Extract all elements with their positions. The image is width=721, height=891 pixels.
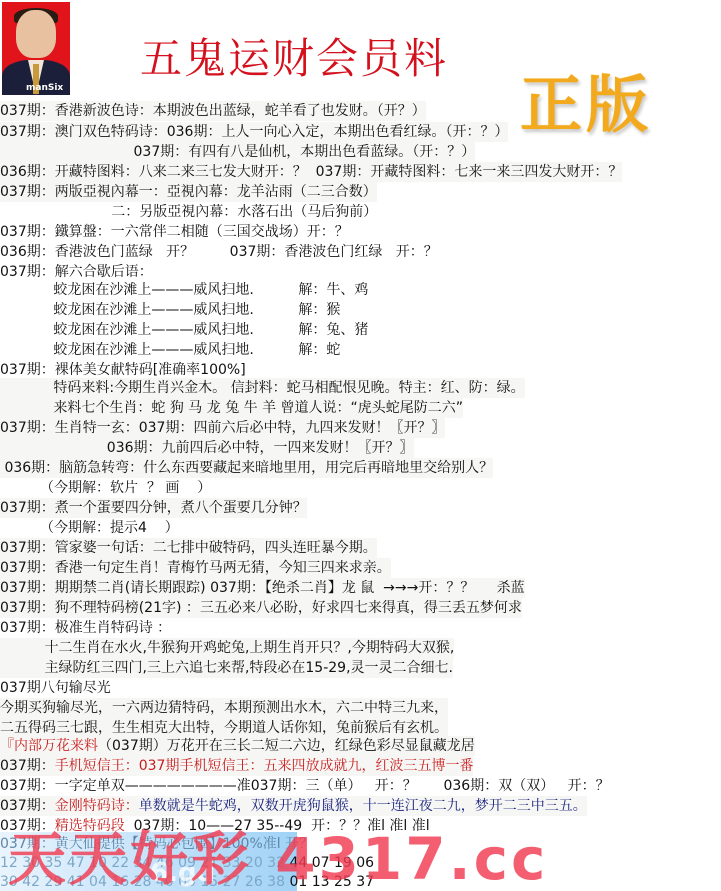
content-line: 蛟龙困在沙滩上———威风扫地. 解：兔、猪 [0,320,368,340]
content-line: （今期解：软片 ？ 画 ） [0,478,211,498]
avatar-photo: manSix [2,2,70,95]
content-line: 来料七个生肖：蛇 狗 马 龙 兔 牛 羊 曾道人说：“虎头蛇尾防二六” [0,398,463,418]
content-line: 036期：开藏特图料：八来二来三七发大财开：？ 037期：开藏特图料：七来一来三… [0,162,622,182]
content-line: 二五得码三七跟，生生相克大出特，今期道人话你知，兔前猴后有玄机。 [0,718,448,738]
sms-line: 037期：手机短信王：037期手机短信王：五来四放成就九，红波三五博一番 [0,756,473,776]
content-line: 037期：解六合歇后语： [0,262,153,282]
content-line: 037期：香港新波色诗：本期波色出蓝绿，蛇羊看了也发财。（开？） [0,101,426,121]
content-line: 蛟龙困在沙滩上———威风扫地. 解：蛇 [0,340,340,360]
content-line: 037期：狗不理特码榜(21字) ：三五必来八必盼，好求四七来得真，得三丢五梦何… [0,598,522,618]
content-line: 037期：煮一个蛋要四分钟，煮八个蛋要几分钟？ [0,498,307,518]
content-line: 主绿防红三四门,三上六追七来帮,特段必在15-29,灵一灵二合细七. [0,658,453,678]
content-line: 037期：两版亞視內幕一：亞視內幕：龙羊沾雨（二三合数） [0,182,377,202]
content-line: 037期：期期禁二肖(请长期跟踪) 037期：【绝杀二肖】龙 鼠 →→→开：？？… [0,578,525,598]
page-title: 五鬼运财会员料 [140,26,448,86]
insider-line: 『内部万花来料（037期）万花开在三长二短二六边，红绿色彩尽显鼠藏龙居 [0,736,475,756]
content-line: 036期：脑筋急转弯：什么东西要藏起来暗地里用，用完后再暗地里交给别人？ [0,458,493,478]
content-line: 蛟龙困在沙滩上———威风扫地. 解：猴 [0,300,340,320]
content-line: 蛟龙困在沙滩上———威风扫地. 解：牛、鸡 [0,280,368,300]
content-line: 037期：有四有八是仙机，本期出色看蓝绿。（开：？） [0,142,475,162]
content-line: 今期买狗输尽光，一六两边猜特码，本期预测出水木，六二中特三九来， [0,698,448,718]
content-line: 037期八句输尽光 [0,678,111,698]
photo-caption: manSix [26,83,63,93]
watermark: 天天好彩 4317.cc [8,812,548,891]
content-line: 036期：香港波色门蓝绿 开？ 037期：香港波色门红绿 开：？ [0,242,438,262]
content-line: （今期解：提示4 ） [0,518,179,538]
content-line: 037期：生肖特一玄：037期：四前六后必中特，九四来发财！〖开？〗 [0,418,445,438]
content-line: 037期：裸体美女献特码[准确率100%] [0,360,246,380]
content-line: 特码来料:今期生肖兴金木。 信封料：蛇马相配恨见晚。特主：红、防：绿。 [0,378,525,398]
genuine-badge: 正版 [520,55,652,144]
content-line: 036期：九前四后必中特，一四来发财！〖开？〗 [0,438,414,458]
content-line: 十二生肖在水火,牛猴狗开鸡蛇兔,上期生肖开只？,今期特码大双猴, [0,638,454,658]
content-line: 二：另版亞視內幕：水落石出（马后狗前） [0,202,377,222]
content-line: 037期：管家婆一句话：二七排中破特码，四头连旺暴今期。 [0,538,377,558]
content-line: 037期：香港一句定生肖！青梅竹马两无猜，今知三四来求亲。 [0,558,391,578]
content-line: 037期：极准生肖特码诗 ： [0,618,171,638]
single-double-line: 037期：一字定单双————————准037期：三（单） 开：？ 036期：双（… [0,776,610,796]
content-line: 037期：鐵算盤：一六常伴二相随（三国交战场）开：？ [0,222,349,242]
content-line: 037期：澳门双色特码诗：036期：上人一向心入定，本期出色看红绿。（开：？） [0,122,508,142]
